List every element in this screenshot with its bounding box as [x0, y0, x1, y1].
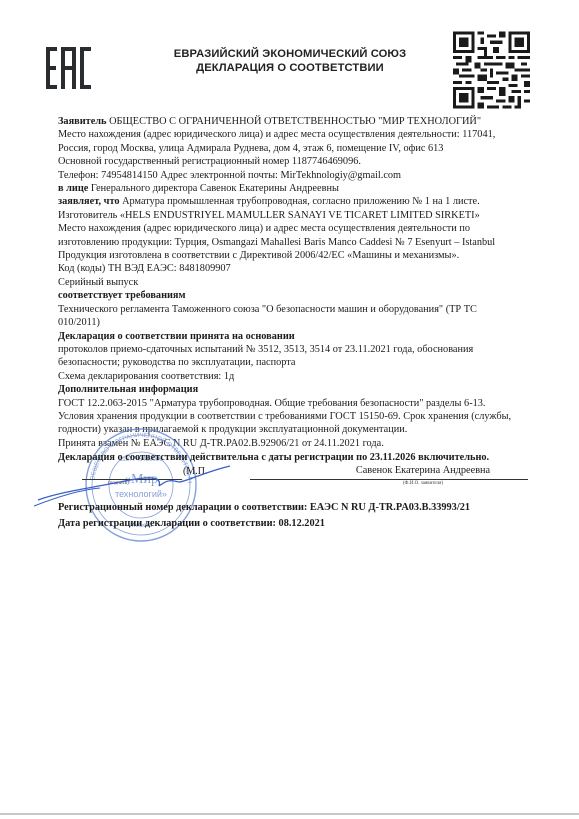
page-bottom-edge [0, 813, 579, 815]
represented-label: в лице [58, 183, 88, 194]
compliance-heading: соответствует требованиям [58, 289, 538, 302]
release-type: Серийный выпуск [58, 276, 538, 289]
applicant-label: Заявитель [58, 116, 107, 127]
basis-line-2: безопасности; руководства по эксплуатаци… [58, 356, 538, 369]
hs-code: Код (коды) ТН ВЭД ЕАЭС: 8481809907 [58, 262, 538, 275]
additional-line-2: Условия хранения продукции в соответстви… [58, 410, 538, 423]
represented-value: Генерального директора Савенок Екатерины… [88, 183, 339, 194]
eac-mark-icon [44, 44, 94, 94]
basis-line-1: протоколов приемо-сдаточных испытаний № … [58, 343, 538, 356]
applicant-contacts: Телефон: 74954814150 Адрес электронной п… [58, 169, 538, 182]
manufacturer-address-2: изготовлению продукции: Турция, Osmangaz… [58, 236, 538, 249]
declaration-title: ДЕКЛАРАЦИЯ О СООТВЕТСТВИИ [120, 61, 460, 75]
signer-caption: (Ф.И.О. заявителя) [318, 481, 528, 486]
applicant-ogrn: Основной государственный регистрационный… [58, 155, 538, 168]
manufacturer-directive: Продукция изготовлена в соответствии с Д… [58, 249, 538, 262]
regulation-line-2: 010/2011) [58, 316, 538, 329]
applicant-address-2: Россия, город Москва, улица Адмирала Руд… [58, 142, 538, 155]
declares-line: заявляет, что Арматура промышленная труб… [58, 195, 538, 208]
additional-heading: Дополнительная информация [58, 383, 538, 396]
manufacturer-name: Изготовитель «HELS ENDUSTRIYEL MAMULLER … [58, 209, 538, 222]
registration-date: Дата регистрации декларации о соответств… [58, 518, 325, 529]
signer-line [250, 479, 528, 480]
declares-value: Арматура промышленная трубопроводная, со… [120, 196, 480, 207]
signer-name: Савенок Екатерина Андреевна [318, 465, 528, 476]
declaration-body: Заявитель ОБЩЕСТВО С ОГРАНИЧЕННОЙ ОТВЕТС… [58, 115, 538, 450]
qr-code-icon[interactable] [453, 30, 530, 110]
document-header: ЕВРАЗИЙСКИЙ ЭКОНОМИЧЕСКИЙ СОЮЗ ДЕКЛАРАЦИ… [120, 47, 460, 75]
declares-label: заявляет, что [58, 196, 120, 207]
union-title: ЕВРАЗИЙСКИЙ ЭКОНОМИЧЕСКИЙ СОЮЗ [120, 47, 460, 61]
registration-number: Регистрационный номер декларации о соотв… [58, 502, 470, 513]
applicant-name: ОБЩЕСТВО С ОГРАНИЧЕННОЙ ОТВЕТСТВЕННОСТЬЮ… [107, 116, 482, 127]
manufacturer-address-1: Место нахождения (адрес юридического лиц… [58, 222, 538, 235]
represented-line: в лице Генерального директора Савенок Ек… [58, 182, 538, 195]
applicant-address-1: Место нахождения (адрес юридического лиц… [58, 128, 538, 141]
regulation-line-1: Технического регламента Таможенного союз… [58, 303, 538, 316]
applicant-line: Заявитель ОБЩЕСТВО С ОГРАНИЧЕННОЙ ОТВЕТС… [58, 115, 538, 128]
declaration-scheme: Схема декларирования соответствия: 1д [58, 370, 538, 383]
additional-line-1: ГОСТ 12.2.063-2015 "Арматура трубопровод… [58, 397, 538, 410]
basis-heading: Декларация о соответствии принята на осн… [58, 330, 538, 343]
